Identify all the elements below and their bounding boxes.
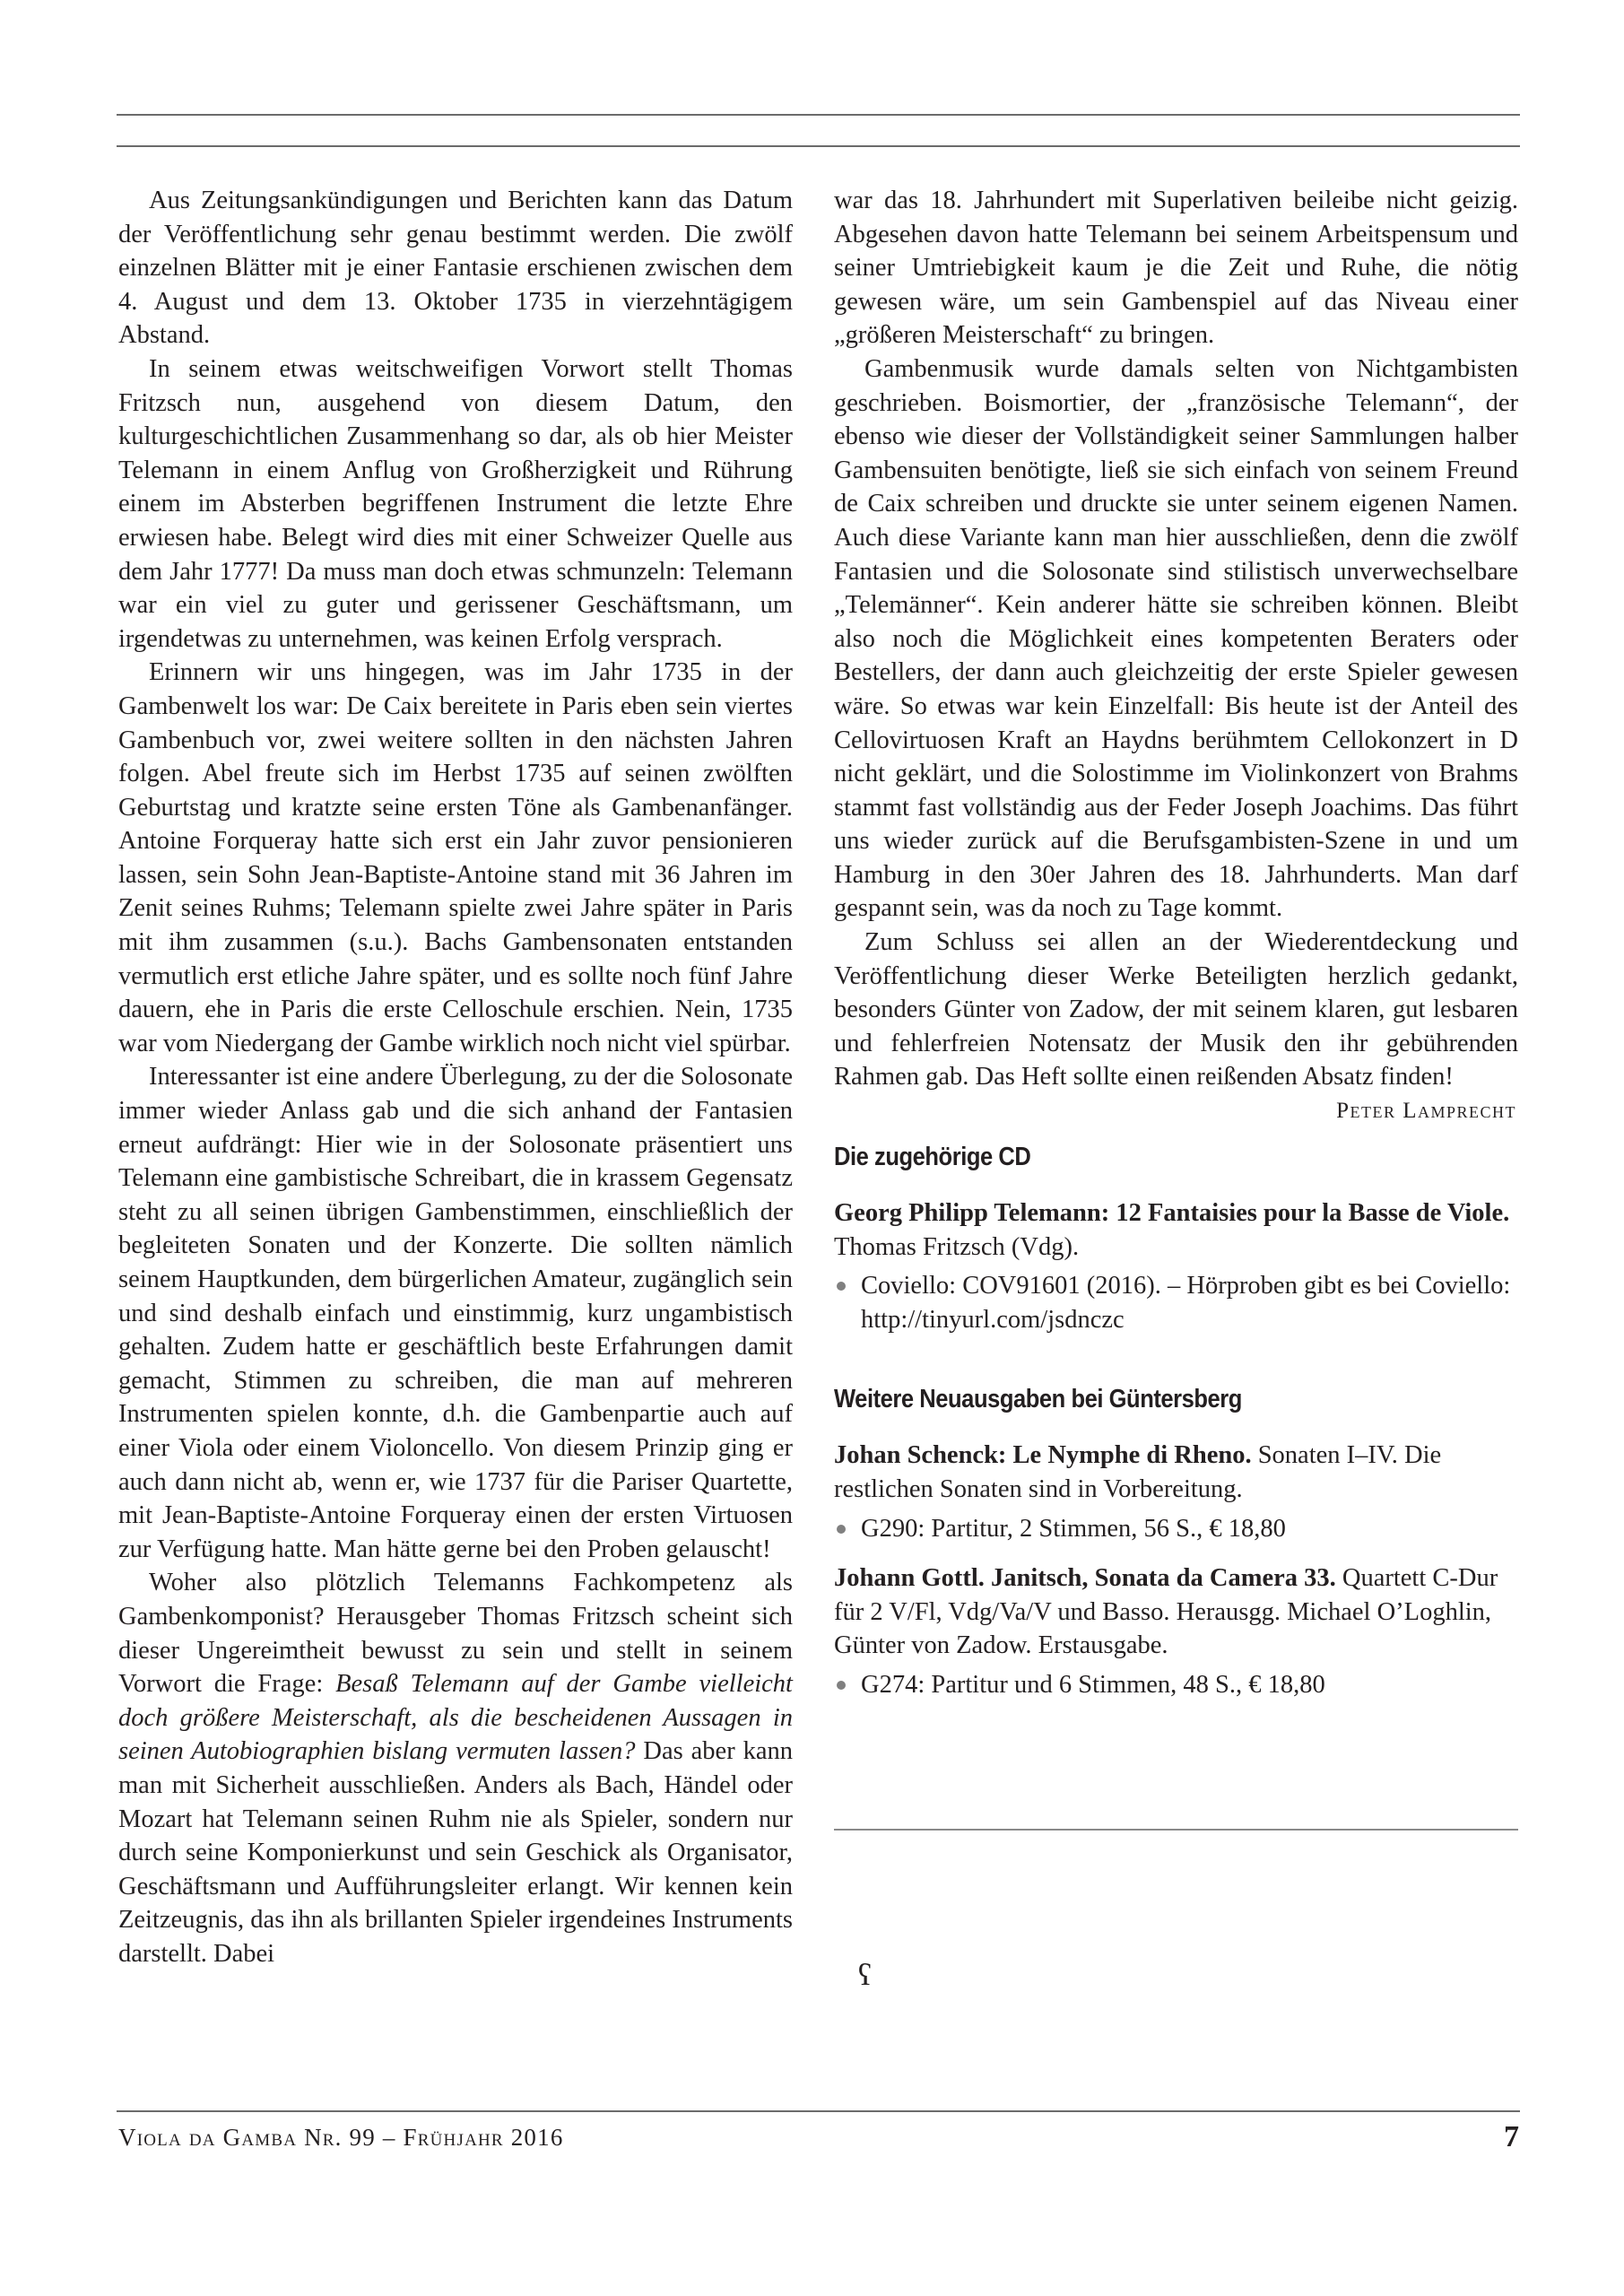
cd-performer: Thomas Fritzsch (Vdg). — [834, 1233, 1079, 1261]
cd-section-heading: Die zugehörige CD — [834, 1141, 1436, 1173]
edition-entry: Johann Gottl. Janitsch, Sonata da Camera… — [834, 1561, 1518, 1701]
bullet-icon — [837, 1681, 846, 1690]
paragraph: Zum Schluss sei allen an der Wiederentde… — [834, 926, 1518, 1094]
cd-entry: Georg Philipp Telemann: 12 Fantaisies po… — [834, 1196, 1518, 1336]
end-ornament-icon: ʕ — [858, 1961, 872, 1991]
paragraph-text: Das aber kann man mit Sicherheit ausschl… — [118, 1737, 793, 1968]
paragraph: Gambenmusik wurde damals selten von Nich… — [834, 352, 1518, 926]
edition-bullet: G290: Partitur, 2 Stimmen, 56 S., € 18,8… — [834, 1512, 1518, 1546]
paragraph: Interessanter ist eine andere Überlegung… — [118, 1060, 793, 1566]
cd-bullet-text: Coviello: COV91601 (2016). – Hörproben g… — [861, 1272, 1510, 1334]
cd-bullet: Coviello: COV91601 (2016). – Hörproben g… — [834, 1269, 1518, 1336]
bullet-icon — [837, 1282, 846, 1291]
header-rule-top — [117, 114, 1520, 116]
edition-entry: Johan Schenck: Le Nymphe di Rheno. Sonat… — [834, 1439, 1518, 1545]
header-rule-bottom — [117, 145, 1520, 147]
left-column: Aus Zeitungsankündigungen und Berichten … — [118, 184, 793, 1970]
cd-title: Georg Philipp Telemann: 12 Fantaisies po… — [834, 1196, 1518, 1264]
edition-bullet-text: G274: Partitur und 6 Stimmen, 48 S., € 1… — [861, 1671, 1325, 1699]
edition-title-bold: Johan Schenck: Le Nymphe di Rheno. — [834, 1441, 1252, 1469]
edition-title-bold: Johann Gottl. Janitsch, Sonata da Camera… — [834, 1564, 1336, 1592]
paragraph: war das 18. Jahrhundert mit Superlativen… — [834, 184, 1518, 352]
paragraph-text: Zum Schluss sei allen an der Wiederentde… — [834, 928, 1518, 1091]
paragraph: Erinnern wir uns hingegen, was im Jahr 1… — [118, 656, 793, 1060]
edition-title: Johan Schenck: Le Nymphe di Rheno. Sonat… — [834, 1439, 1518, 1506]
paragraph: Aus Zeitungsankündigungen und Berichten … — [118, 184, 793, 352]
edition-bullet-text: G290: Partitur, 2 Stimmen, 56 S., € 18,8… — [861, 1515, 1286, 1543]
section-end-rule — [834, 1829, 1518, 1831]
page-number: 7 — [1504, 2120, 1519, 2154]
editions-section-heading: Weitere Neuausgaben bei Güntersberg — [834, 1383, 1436, 1415]
edition-bullet: G274: Partitur und 6 Stimmen, 48 S., € 1… — [834, 1668, 1518, 1702]
author-signature: Peter Lamprecht — [1306, 1094, 1516, 1128]
journal-footer: Viola da Gamba Nr. 99 – Frühjahr 2016 — [118, 2124, 564, 2152]
paragraph: In seinem etwas weitschweifigen Vorwort … — [118, 352, 793, 656]
cd-title-bold: Georg Philipp Telemann: 12 Fantaisies po… — [834, 1199, 1509, 1227]
edition-title: Johann Gottl. Janitsch, Sonata da Camera… — [834, 1561, 1518, 1663]
right-column: war das 18. Jahrhundert mit Superlativen… — [834, 184, 1518, 1718]
footer-rule — [117, 2110, 1520, 2112]
bullet-icon — [837, 1525, 846, 1534]
paragraph: Woher also plötzlich Telemanns Fachkompe… — [118, 1566, 793, 1970]
